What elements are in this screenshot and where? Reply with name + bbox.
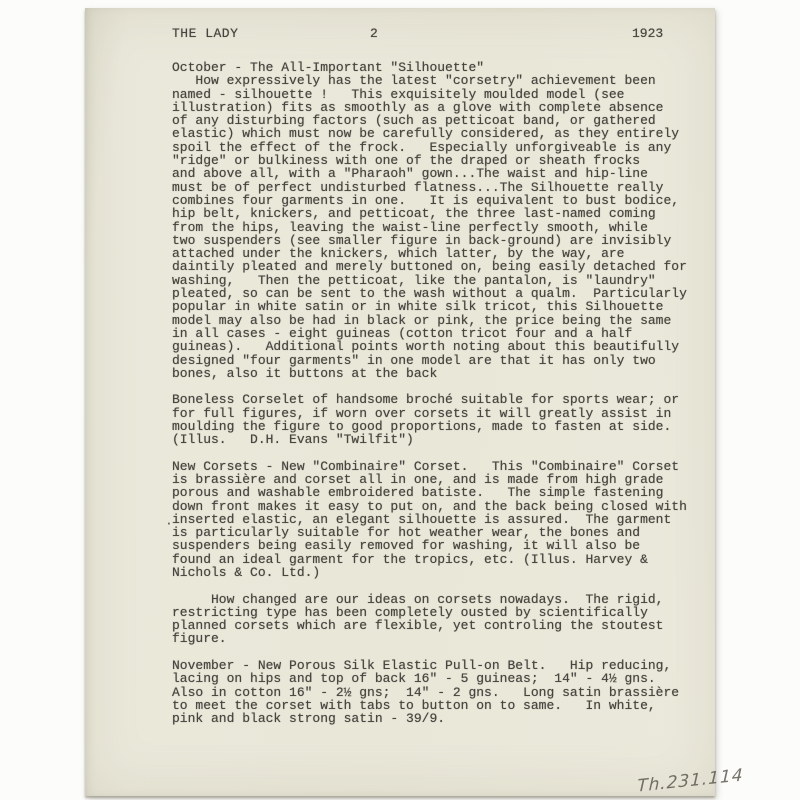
article-body: October - The All-Important "Silhouette"… [172, 61, 717, 739]
paragraph-boneless-corselet: Boneless Corselet of handsome broché sui… [172, 393, 717, 446]
document-page: THE LADY 2 1923 October - The All-Import… [85, 8, 715, 796]
scan-backdrop: THE LADY 2 1923 October - The All-Import… [0, 0, 800, 800]
pencil-reference-annotation: Th.231.114 [637, 765, 744, 796]
paragraph-combinaire-corset: New Corsets - New "Combinaire" Corset. T… [172, 460, 717, 580]
paragraph-how-changed: How changed are our ideas on corsets now… [172, 593, 717, 646]
margin-speck: · [165, 516, 173, 531]
publication-year: 1923 [632, 27, 663, 40]
publication-title: THE LADY [172, 27, 238, 40]
paragraph-october-silhouette: October - The All-Important "Silhouette"… [172, 61, 717, 380]
page-number: 2 [370, 27, 378, 40]
paragraph-november-belt: November - New Porous Silk Elastic Pull-… [172, 659, 717, 725]
